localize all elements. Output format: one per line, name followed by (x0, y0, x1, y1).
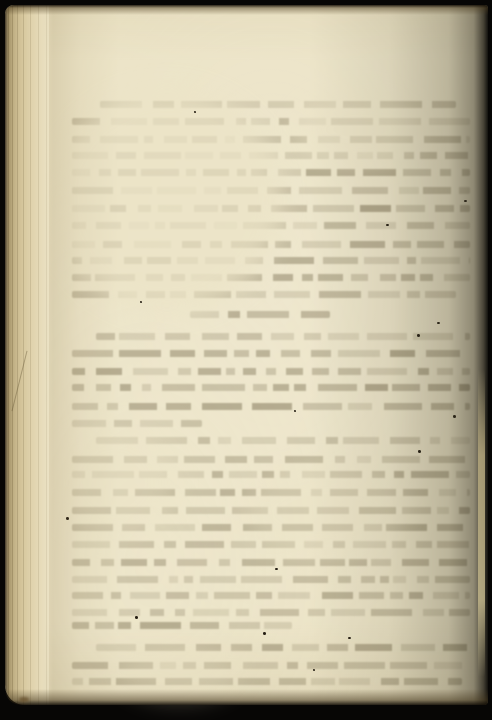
text-line (96, 437, 470, 444)
next-page-sliver (478, 369, 485, 677)
ink-speck (417, 334, 420, 337)
text-line (72, 489, 470, 496)
text-line (72, 350, 470, 357)
bottom-edge-shadow (5, 689, 488, 705)
text-line (72, 456, 470, 463)
scanned-book-photo (0, 0, 492, 720)
ink-speck (135, 616, 138, 619)
ink-speck (263, 632, 266, 635)
text-line (100, 101, 456, 108)
ink-speck (194, 111, 196, 113)
text-line (72, 559, 470, 566)
text-line (72, 541, 470, 548)
fore-edge-stack (5, 5, 53, 705)
text-line (72, 152, 470, 159)
text-line (72, 205, 470, 212)
text-line (190, 311, 330, 318)
text-line (72, 420, 202, 427)
top-edge-shadow (5, 5, 488, 15)
text-line (96, 644, 470, 651)
text-line (72, 609, 470, 616)
ink-speck (275, 568, 278, 570)
fade-patch (245, 465, 410, 560)
ink-speck (386, 224, 389, 226)
fade-patch (120, 640, 240, 700)
text-line (72, 169, 470, 176)
text-line (96, 333, 470, 340)
book-page (5, 5, 488, 705)
text-line (72, 471, 470, 478)
text-line (72, 291, 456, 298)
ink-speck (294, 410, 296, 412)
fade-patch (55, 425, 175, 540)
text-line (72, 524, 470, 531)
text-line (72, 368, 470, 375)
ink-speck (418, 450, 421, 453)
text-line (72, 241, 470, 248)
page-curl-shade (49, 5, 119, 705)
text-line (72, 592, 470, 599)
ink-speck (437, 322, 440, 324)
corner-smudge (19, 697, 29, 702)
text-line (72, 507, 470, 514)
paper-texture (5, 5, 488, 705)
ink-speck (313, 669, 315, 671)
bleed-through-text (5, 5, 488, 705)
text-line (72, 678, 462, 685)
ink-speck (66, 517, 69, 520)
ink-speck (140, 301, 142, 303)
text-line (72, 118, 470, 125)
fade-patch (295, 92, 425, 167)
ink-speck (453, 415, 456, 418)
text-line (72, 274, 470, 281)
fore-edge-scratch (12, 351, 28, 411)
text-line (72, 257, 470, 264)
text-line (72, 662, 470, 669)
text-line (72, 187, 470, 194)
ink-speck (348, 637, 351, 639)
text-line (72, 384, 470, 391)
text-line (72, 136, 470, 143)
text-line (72, 622, 292, 629)
gutter-shadow (308, 5, 488, 705)
fade-patch (52, 88, 282, 313)
ink-speck (464, 200, 467, 202)
text-line (72, 576, 470, 583)
text-line (72, 403, 470, 410)
text-line (72, 222, 470, 229)
fore-edge-page-lines (5, 5, 51, 705)
